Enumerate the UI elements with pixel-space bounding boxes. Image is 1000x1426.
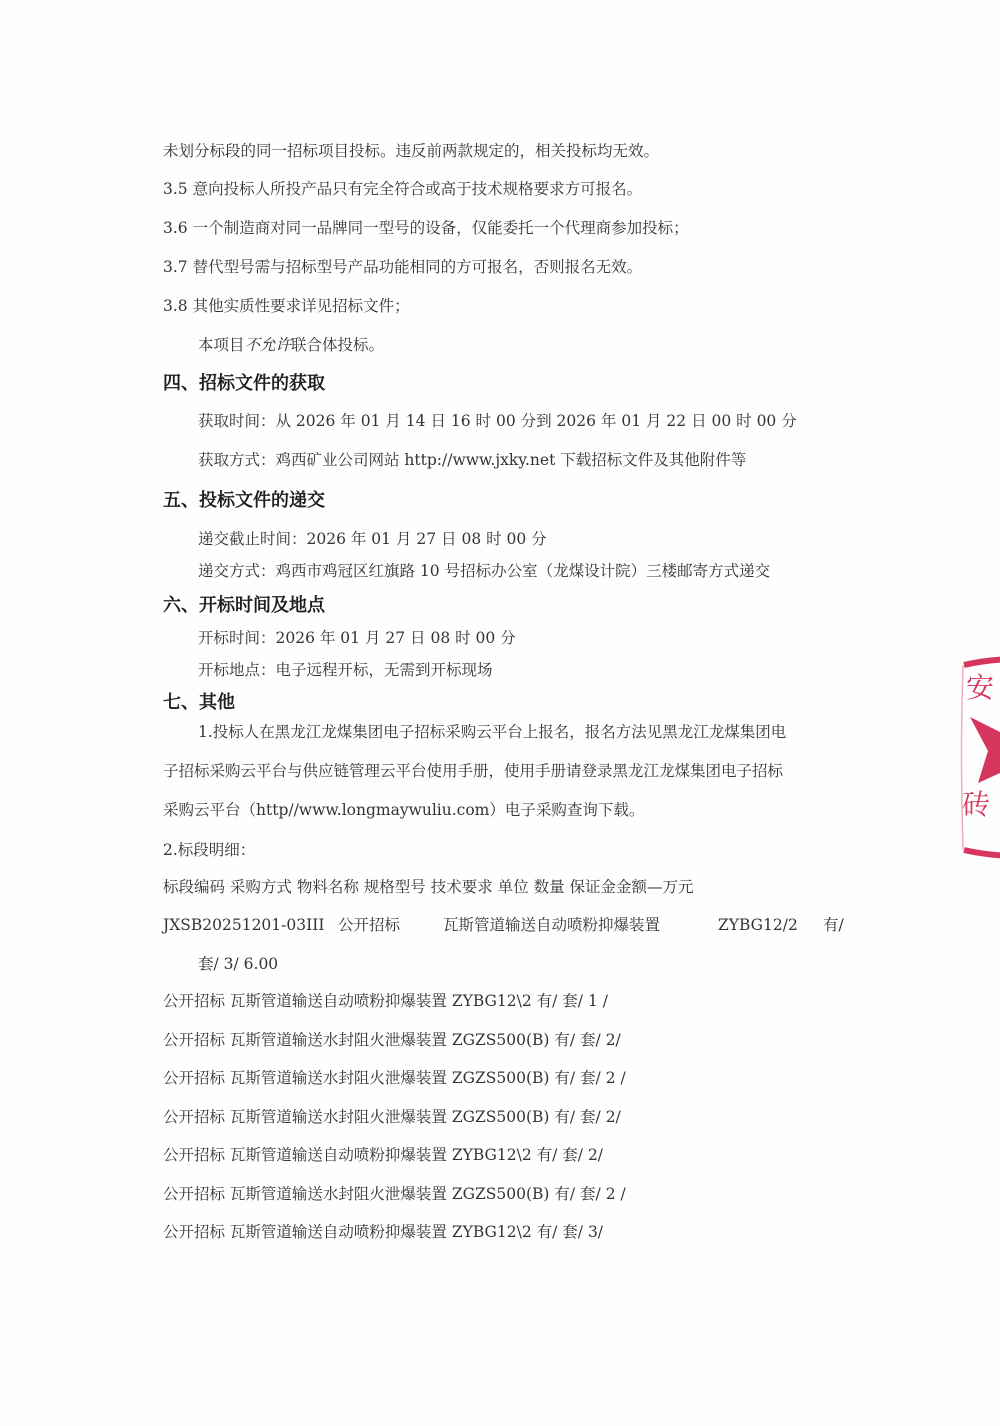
section-4-heading: 四、招标文件的获取 — [163, 372, 325, 396]
clause-3-6: 3.6 一个制造商对同一品牌同一型号的设备，仅能委托一个代理商参加投标； — [163, 217, 689, 239]
clause-3-5: 3.5 意向投标人所投产品只有完全符合或高于技术规格要求方可报名。 — [163, 178, 642, 200]
other-para1-line3: 采购云平台（http//www.longmaywuliu.com）电子采购查询下… — [163, 799, 644, 821]
lot-row: 公开招标 瓦斯管道输送自动喷粉抑爆装置 ZYBG12\2 有/ 套/ 1 / — [163, 990, 608, 1012]
opening-place: 开标地点：电子远程开标，无需到开标现场 — [198, 659, 493, 681]
lot-first-row: JXSB20251201-03III公开招标瓦斯管道输送自动喷粉抑爆装置ZYBG… — [163, 914, 844, 936]
consortium-emphasis: 不允许 — [245, 336, 292, 354]
lot-row: 公开招标 瓦斯管道输送水封阻火泄爆装置 ZGZS500(B) 有/ 套/ 2 / — [163, 1183, 626, 1205]
paragraph-continuation: 未划分标段的同一招标项目投标。违反前两款规定的，相关投标均无效。 — [163, 140, 659, 162]
lot-method: 公开招标 — [338, 914, 443, 936]
lot-code: JXSB20251201-03III — [163, 914, 338, 936]
lot-row: 公开招标 瓦斯管道输送水封阻火泄爆装置 ZGZS500(B) 有/ 套/ 2 / — [163, 1067, 626, 1089]
document-page: 未划分标段的同一招标项目投标。违反前两款规定的，相关投标均无效。 3.5 意向投… — [0, 0, 1000, 1426]
seal-char-bottom: 砖 — [962, 790, 990, 820]
lot-row: 公开招标 瓦斯管道输送自动喷粉抑爆装置 ZYBG12\2 有/ 套/ 3/ — [163, 1221, 603, 1243]
lot-row: 公开招标 瓦斯管道输送水封阻火泄爆装置 ZGZS500(B) 有/ 套/ 2/ — [163, 1106, 621, 1128]
section-5-heading: 五、投标文件的递交 — [163, 489, 325, 513]
lot-spec: ZYBG12/2 — [718, 914, 823, 936]
official-seal-stamp: 安 砖 — [958, 655, 1000, 860]
lot-row: 公开招标 瓦斯管道输送水封阻火泄爆装置 ZGZS500(B) 有/ 套/ 2/ — [163, 1029, 621, 1051]
consortium-prefix: 本项目 — [198, 336, 245, 354]
consortium-statement: 本项目不允许联合体投标。 — [198, 334, 384, 356]
submission-deadline: 递交截止时间：2026 年 01 月 27 日 08 时 00 分 — [198, 528, 547, 550]
submission-method: 递交方式：鸡西市鸡冠区红旗路 10 号招标办公室（龙煤设计院）三楼邮寄方式递交 — [198, 560, 770, 582]
lot-row: 公开招标 瓦斯管道输送自动喷粉抑爆装置 ZYBG12\2 有/ 套/ 2/ — [163, 1144, 603, 1166]
lot-material: 瓦斯管道输送自动喷粉抑爆装置 — [443, 914, 718, 936]
clause-3-8: 3.8 其他实质性要求详见招标文件； — [163, 295, 410, 317]
opening-time: 开标时间：2026 年 01 月 27 日 08 时 00 分 — [198, 627, 516, 649]
acquisition-method: 获取方式：鸡西矿业公司网站 http://www.jxky.net 下载招标文件… — [198, 449, 746, 471]
star-icon — [970, 717, 1000, 783]
other-para1-line1: 1.投标人在黑龙江龙煤集团电子招标采购云平台上报名，报名方法见黑龙江龙煤集团电 — [198, 721, 786, 743]
lot-details-title: 2.标段明细： — [163, 839, 255, 861]
consortium-suffix: 联合体投标。 — [291, 336, 384, 354]
seal-char-top: 安 — [966, 673, 994, 703]
acquisition-time: 获取时间：从 2026 年 01 月 14 日 16 时 00 分到 2026 … — [198, 410, 797, 432]
lot-first-row-continuation: 套/ 3/ 6.00 — [198, 953, 278, 975]
other-para1-line2: 子招标采购云平台与供应链管理云平台使用手册，使用手册请登录黑龙江龙煤集团电子招标 — [163, 760, 783, 782]
section-7-heading: 七、其他 — [163, 691, 235, 715]
lot-tech: 有/ — [823, 914, 844, 936]
clause-3-7: 3.7 替代型号需与招标型号产品功能相同的方可报名，否则报名无效。 — [163, 256, 642, 278]
lot-table-header: 标段编码 采购方式 物料名称 规格型号 技术要求 单位 数量 保证金金额—万元 — [163, 876, 694, 898]
section-6-heading: 六、开标时间及地点 — [163, 594, 325, 618]
